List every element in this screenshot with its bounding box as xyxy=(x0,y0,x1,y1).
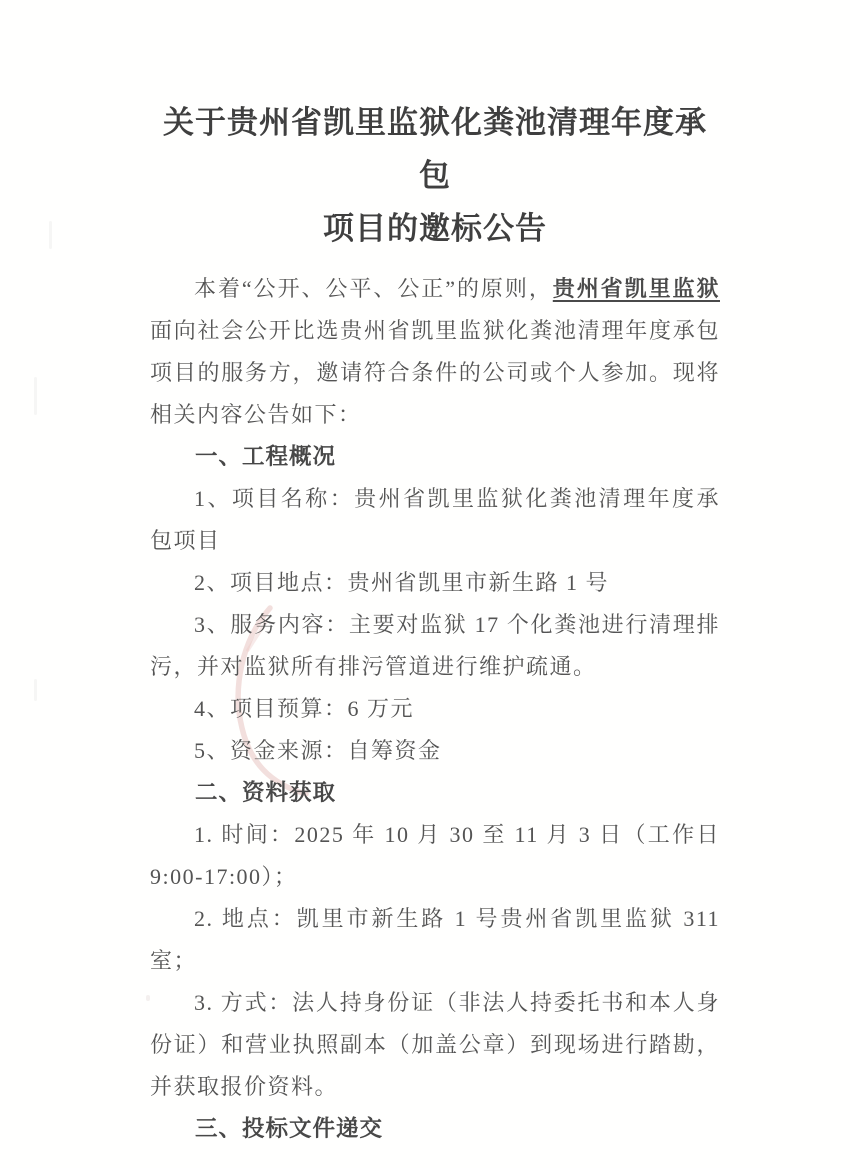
scan-smudge xyxy=(34,377,37,415)
scan-smudge xyxy=(49,221,52,249)
section-item: 4、项目预算：6 万元 xyxy=(150,688,720,730)
intro-text-pre: 本着“公开、公平、公正”的原则， xyxy=(194,276,553,301)
document-content: 关于贵州省凯里监狱化粪池清理年度承包 项目的邀标公告 本着“公开、公平、公正”的… xyxy=(150,96,720,1150)
org-name-emphasis: 贵州省凯里监狱 xyxy=(553,276,720,301)
section-heading: 二、资料获取 xyxy=(150,772,720,814)
sections: 一、工程概况1、项目名称：贵州省凯里监狱化粪池清理年度承包项目2、项目地点：贵州… xyxy=(150,436,720,1150)
section-item: 1、项目名称：贵州省凯里监狱化粪池清理年度承包项目 xyxy=(150,478,720,562)
section-item: 5、资金来源：自筹资金 xyxy=(150,730,720,772)
section-item: 3、服务内容：主要对监狱 17 个化粪池进行清理排污，并对监狱所有排污管道进行维… xyxy=(150,604,720,688)
section-heading: 三、投标文件递交 xyxy=(150,1108,720,1150)
document-page: 关于贵州省凯里监狱化粪池清理年度承包 项目的邀标公告 本着“公开、公平、公正”的… xyxy=(0,0,850,1168)
document-title-line-1: 关于贵州省凯里监狱化粪池清理年度承包 xyxy=(163,105,707,193)
document-title: 关于贵州省凯里监狱化粪池清理年度承包 项目的邀标公告 xyxy=(150,96,720,255)
section-item: 2、项目地点：贵州省凯里市新生路 1 号 xyxy=(150,562,720,604)
intro-paragraph: 本着“公开、公平、公正”的原则，贵州省凯里监狱面向社会公开比选贵州省凯里监狱化粪… xyxy=(150,268,720,436)
intro-text-post: 面向社会公开比选贵州省凯里监狱化粪池清理年度承包项目的服务方，邀请符合条件的公司… xyxy=(150,318,720,427)
section-item: 1. 时间：2025 年 10 月 30 至 11 月 3 日（工作日 9:00… xyxy=(150,814,720,898)
document-title-line-2: 项目的邀标公告 xyxy=(323,211,547,246)
scan-smudge xyxy=(34,679,37,701)
section-heading: 一、工程概况 xyxy=(150,436,720,478)
section-item: 3. 方式：法人持身份证（非法人持委托书和本人身份证）和营业执照副本（加盖公章）… xyxy=(150,982,720,1108)
section-item: 2. 地点：凯里市新生路 1 号贵州省凯里监狱 311 室； xyxy=(150,898,720,982)
